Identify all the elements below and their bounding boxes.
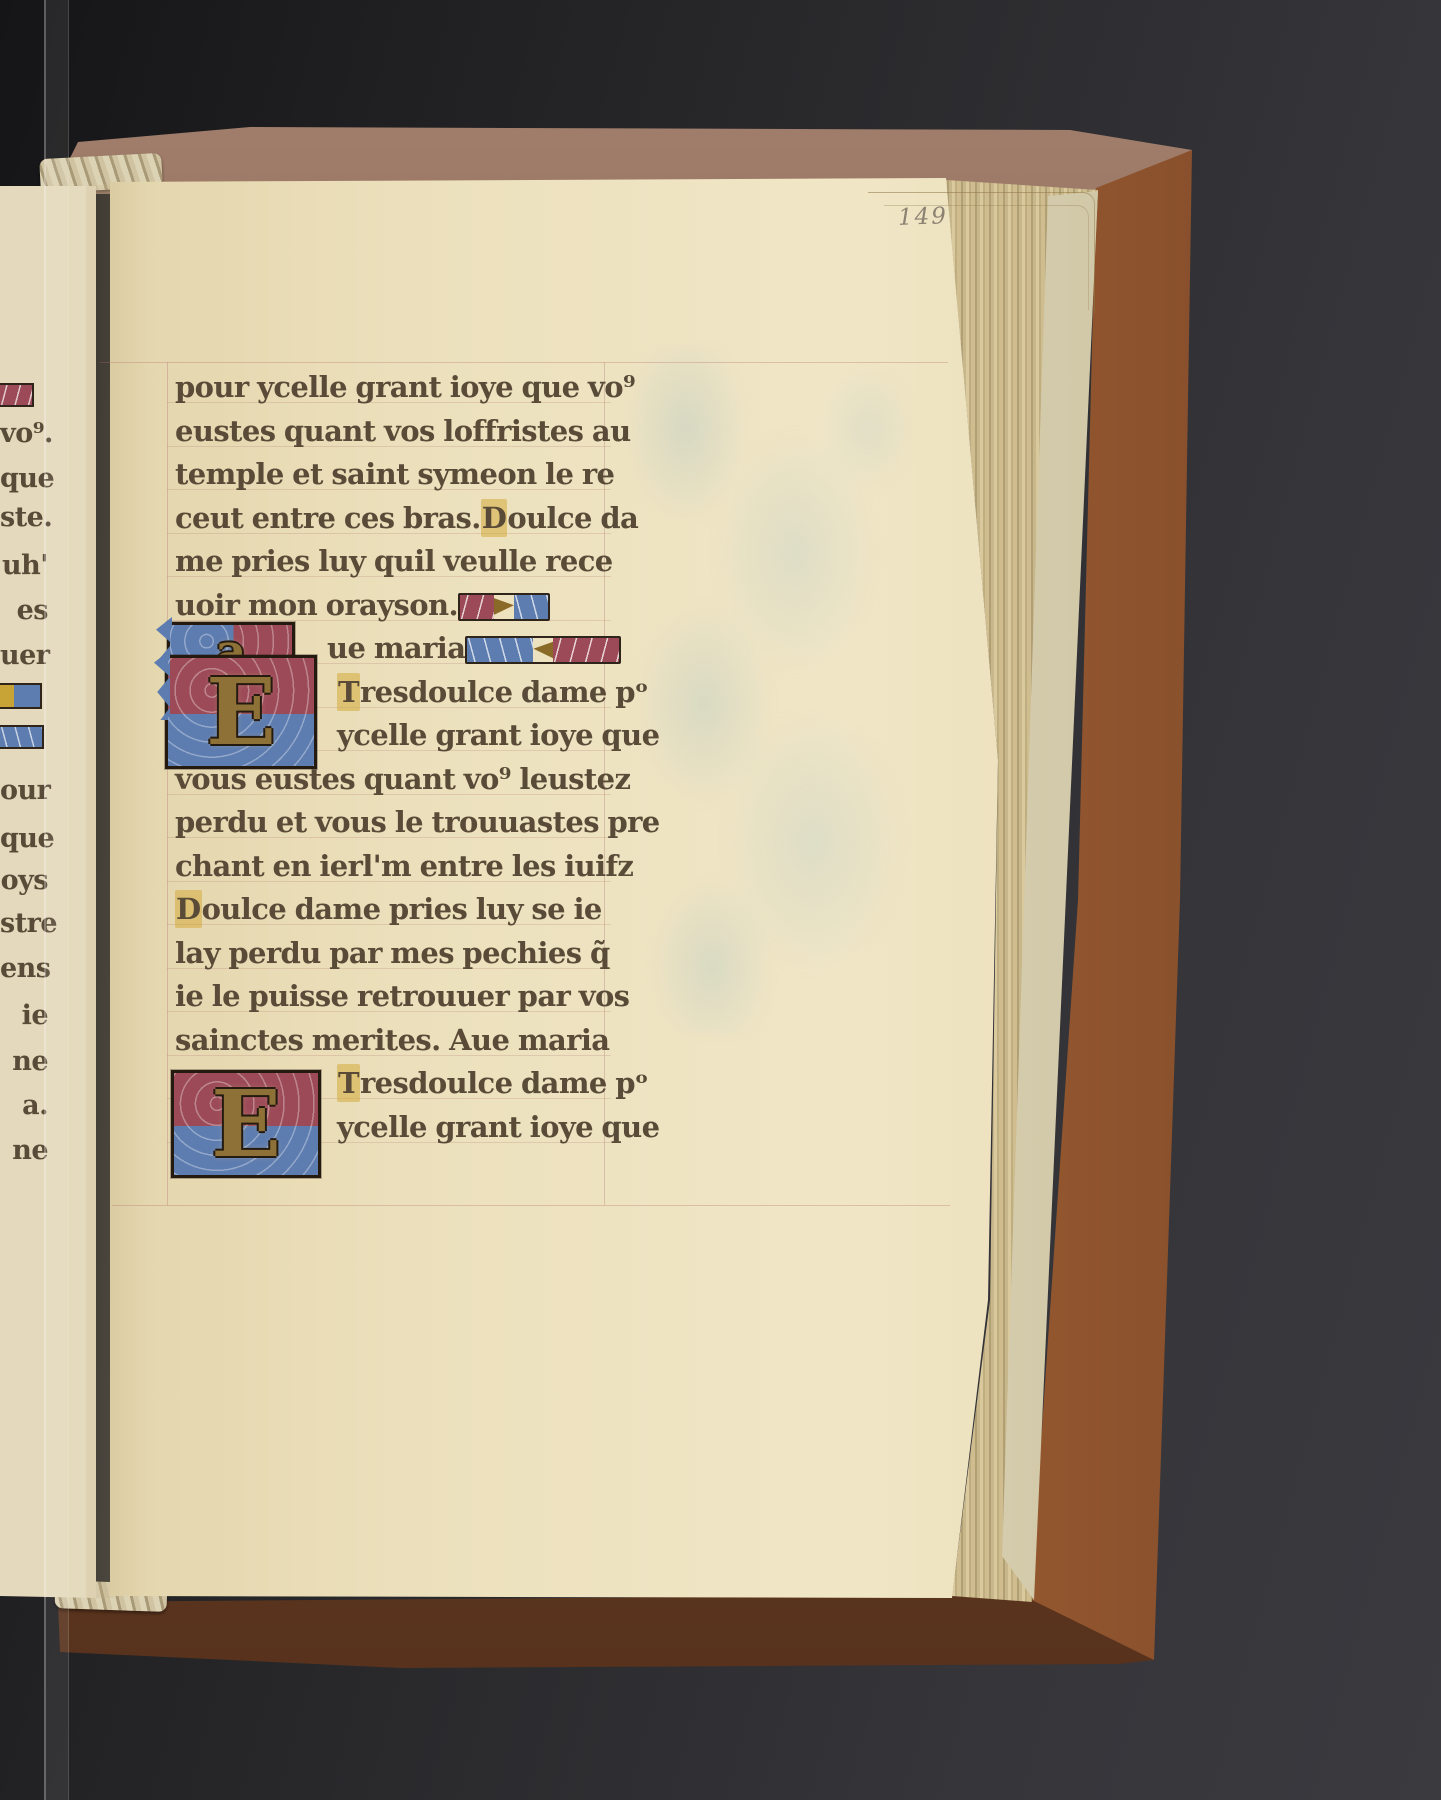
verso-line-filler-fragment <box>0 683 42 709</box>
verso-line-fragment: vo⁹. <box>0 418 48 449</box>
line-filler-ornament <box>458 593 550 621</box>
manuscript-text-line: eustes quant vos loffristes au <box>175 412 631 456</box>
line-text: ycelle grant ioye que <box>337 1108 659 1146</box>
line-text: uoir mon orayson. <box>175 586 458 624</box>
manuscript-text-line: ie le puisse retrouuer par vos <box>175 977 629 1021</box>
verso-line-fragment: oys <box>0 865 48 896</box>
plexiglass-strip <box>44 0 69 1800</box>
line-filler-ornament <box>465 636 621 664</box>
line-text: perdu et vous le trouuastes pre <box>175 803 660 841</box>
manuscript-text-line: sainctes merites. Aue maria <box>175 1021 609 1065</box>
line-text: vous eustes quant vo⁹ leustez <box>175 760 630 798</box>
verso-line-fragment: ens <box>0 953 48 984</box>
manuscript-text-line: uoir mon orayson. <box>175 586 550 630</box>
manuscript-photo: vo⁹. que ste. uh' es uer our que oys str… <box>0 0 1441 1800</box>
manuscript-text-line: pour ycelle grant ioye que vo⁹ <box>175 368 635 412</box>
line-text: temple et saint symeon le re <box>175 455 614 493</box>
verso-line-filler-fragment <box>0 725 44 749</box>
manuscript-text-line: lay perdu par mes pechies q̃ <box>175 934 610 978</box>
manuscript-text-line: me pries luy quil veulle rece <box>175 542 613 586</box>
manuscript-text-line: T resdoulce dame pᵒ <box>175 1064 648 1108</box>
line-text: lay perdu par mes pechies q̃ <box>175 934 610 972</box>
line-text: ceut entre ces bras. <box>175 499 481 537</box>
line-text: me pries luy quil veulle rece <box>175 542 613 580</box>
manuscript-text-line: perdu et vous le trouuastes pre <box>175 803 660 847</box>
verso-line-fragment: es <box>0 595 48 626</box>
filler-gold-wedge <box>494 595 514 619</box>
ruling-line <box>100 362 948 363</box>
line-text: ycelle grant ioye que <box>337 716 659 754</box>
filler-blue-segment <box>467 638 533 662</box>
folio-number: 149 <box>898 203 949 231</box>
verso-line-fragment: ste. <box>0 502 48 533</box>
manuscript-text-line: ceut entre ces bras. D oulce da <box>175 499 638 543</box>
yellow-washed-capital: D <box>481 499 508 537</box>
verso-line-fragment: ne <box>0 1135 48 1166</box>
filler-gold-wedge <box>533 638 553 662</box>
verso-line-fragment: uh' <box>0 550 48 581</box>
manuscript-text-line: T resdoulce dame pᵒ <box>175 673 648 717</box>
yellow-washed-capital: T <box>337 673 360 711</box>
line-text: ie le puisse retrouuer par vos <box>175 977 629 1015</box>
line-text: oulce dame pries luy se ie <box>202 890 602 928</box>
verso-line-fragment: ie <box>0 1000 48 1031</box>
verso-line-fragment: our <box>0 775 48 806</box>
yellow-washed-capital: T <box>337 1064 360 1102</box>
filler-blue-segment <box>514 595 548 619</box>
verso-line-fragment: que <box>0 823 48 854</box>
manuscript-text-line: chant en ierl'm entre les iuifz <box>175 847 633 891</box>
verso-line-fragment: que <box>0 463 48 494</box>
manuscript-text-line: D oulce dame pries luy se ie <box>175 890 602 934</box>
verso-line-fragment: ne <box>0 1046 48 1077</box>
line-text: sainctes merites. Aue maria <box>175 1021 609 1059</box>
yellow-washed-capital: D <box>175 890 202 928</box>
line-text: ue maria <box>327 629 465 667</box>
manuscript-text-line: ue maria <box>175 629 621 673</box>
line-text: resdoulce dame pᵒ <box>360 673 648 711</box>
manuscript-text-line: ycelle grant ioye que <box>175 716 659 760</box>
text-block: a E E pour ycelle grant ioye que vo⁹ eus… <box>175 368 607 1168</box>
line-text: chant en ierl'm entre les iuifz <box>175 847 633 885</box>
verso-line-filler-fragment <box>0 383 34 407</box>
verso-line-fragment: a. <box>0 1090 48 1121</box>
manuscript-text-line: ycelle grant ioye que <box>175 1108 659 1152</box>
ruling-line <box>112 1205 950 1206</box>
verso-line-fragment: uer <box>0 640 48 671</box>
showthrough-decoration <box>596 345 958 1035</box>
filler-red-segment <box>460 595 494 619</box>
manuscript-text-line: vous eustes quant vo⁹ leustez <box>175 760 630 804</box>
manuscript-text-line: temple et saint symeon le re <box>175 455 614 499</box>
line-text: resdoulce dame pᵒ <box>360 1064 648 1102</box>
verso-line-fragment: stre <box>0 908 48 939</box>
line-text: pour ycelle grant ioye que vo⁹ <box>175 368 635 406</box>
filler-red-segment <box>553 638 619 662</box>
line-text: eustes quant vos loffristes au <box>175 412 631 450</box>
line-text: oulce da <box>507 499 638 537</box>
